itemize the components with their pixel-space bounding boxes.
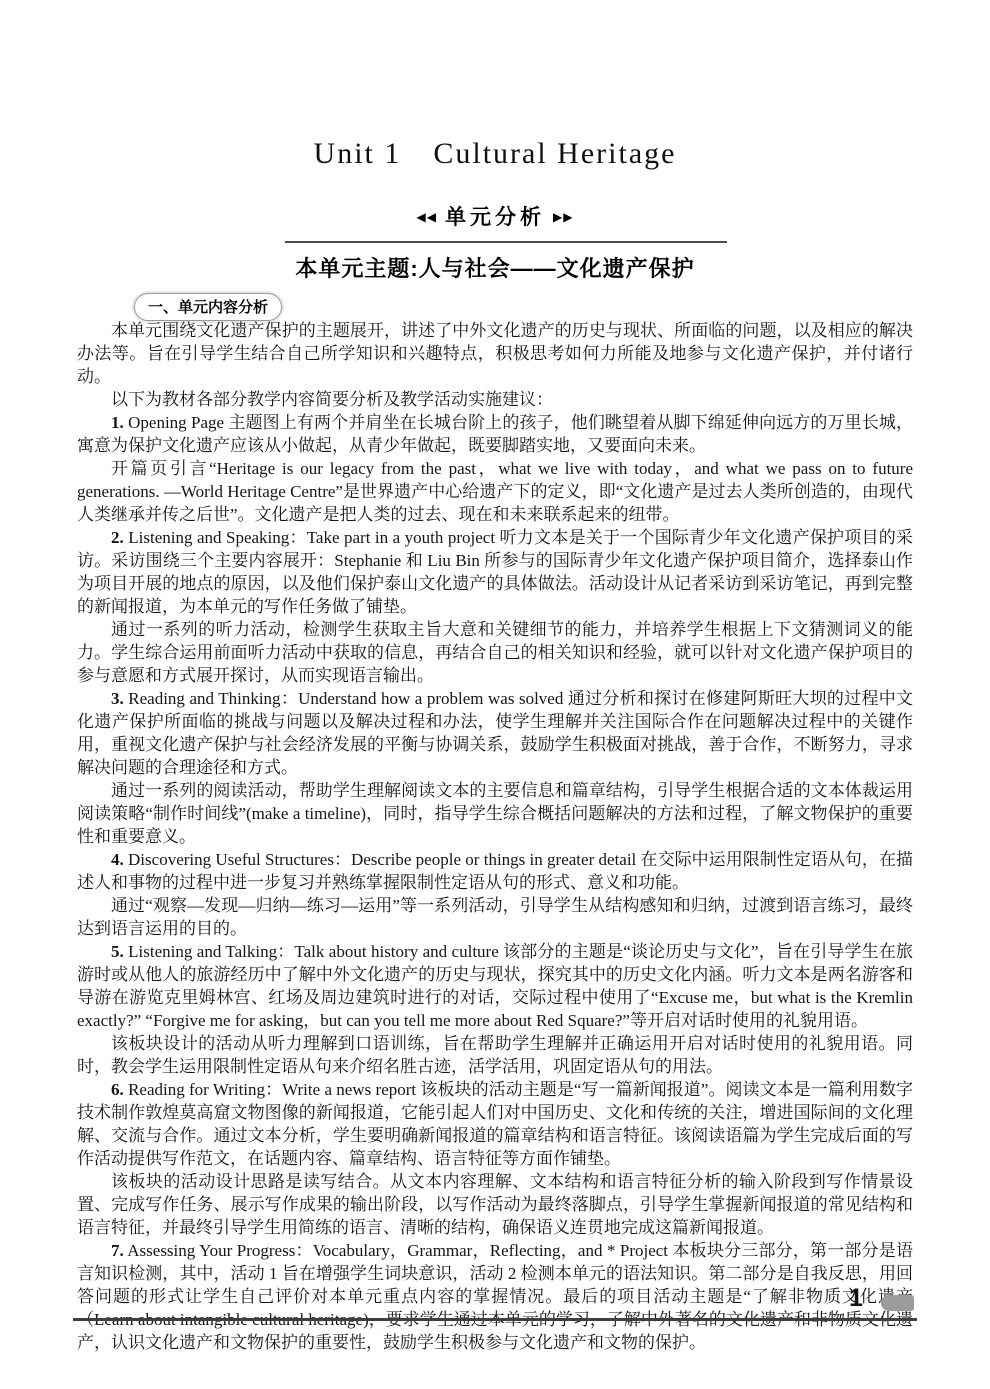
paragraph: 1. Opening Page 主题图上有两个并肩坐在长城台阶上的孩子，他们眺望…	[77, 411, 913, 457]
content-paragraphs: 本单元围绕文化遗产保护的主题展开，讲述了中外文化遗产的历史与现状、所面临的问题，…	[77, 319, 913, 1354]
paragraph: 5. Listening and Talking：Talk about hist…	[77, 940, 913, 1032]
paragraph-text: 开篇页引言“Heritage is our legacy from the pa…	[77, 459, 913, 524]
paragraph-text: 通过一系列的阅读活动，帮助学生理解阅读文本的主要信息和篇章结构，引导学生根据合适…	[77, 781, 913, 846]
paragraph-text: Discovering Useful Structures：Describe p…	[77, 850, 913, 892]
paragraph-number: 5.	[111, 942, 124, 961]
paragraph-number: 3.	[111, 689, 124, 708]
paragraph: 该板块的活动设计思路是读写结合。从文本内容理解、文本结构和语言特征分析的输入阶段…	[77, 1170, 913, 1239]
paragraph-text: Listening and Speaking：Take part in a yo…	[77, 528, 913, 616]
banner-underline	[285, 241, 727, 243]
paragraph-text: Assessing Your Progress：Vocabulary，Gramm…	[77, 1241, 913, 1352]
unit-theme-line: 本单元主题:人与社会——文化遗产保护	[0, 252, 990, 283]
section-label-pill: 一、单元内容分析	[134, 293, 282, 321]
paragraph: 通过一系列的听力活动，检测学生获取主旨大意和关键细节的能力，并培养学生根据上下文…	[77, 618, 913, 687]
page-number: 1	[849, 1284, 863, 1313]
paragraph-number: 6.	[111, 1080, 124, 1099]
paragraph-text: 通过“观察—发现—归纳—练习—运用”等一系列活动，引导学生从结构感知和归纳，过渡…	[77, 896, 913, 938]
paragraph-number: 4.	[111, 850, 124, 869]
paragraph: 2. Listening and Speaking：Take part in a…	[77, 526, 913, 618]
textbook-page: Unit 1 Cultural Heritage ◀◀单元分析▶▶ 本单元主题:…	[0, 0, 990, 1389]
paragraph-text: 以下为教材各部分教学内容简要分析及教学活动实施建议：	[111, 390, 553, 409]
paragraph: 通过一系列的阅读活动，帮助学生理解阅读文本的主要信息和篇章结构，引导学生根据合适…	[77, 779, 913, 848]
paragraph: 7. Assessing Your Progress：Vocabulary，Gr…	[77, 1239, 913, 1354]
paragraph-number: 1.	[111, 413, 124, 432]
paragraph: 4. Discovering Useful Structures：Describ…	[77, 848, 913, 894]
banner-title: 单元分析	[445, 206, 545, 229]
footer-tab-marker	[881, 1295, 914, 1311]
paragraph-text: Opening Page 主题图上有两个并肩坐在长城台阶上的孩子，他们眺望着从脚…	[77, 413, 913, 455]
paragraph-text: Reading for Writing：Write a news report …	[77, 1080, 913, 1168]
section-banner: ◀◀单元分析▶▶	[0, 201, 990, 231]
paragraph: 6. Reading for Writing：Write a news repo…	[77, 1078, 913, 1170]
paragraph: 开篇页引言“Heritage is our legacy from the pa…	[77, 457, 913, 526]
paragraph-text: 本单元围绕文化遗产保护的主题展开，讲述了中外文化遗产的历史与现状、所面临的问题，…	[77, 321, 913, 386]
footer-rule	[73, 1318, 917, 1321]
paragraph-number: 2.	[111, 528, 124, 547]
paragraph: 本单元围绕文化遗产保护的主题展开，讲述了中外文化遗产的历史与现状、所面临的问题，…	[77, 319, 913, 388]
paragraph: 通过“观察—发现—归纳—练习—运用”等一系列活动，引导学生从结构感知和归纳，过渡…	[77, 894, 913, 940]
double-left-arrows-icon: ◀◀	[417, 210, 437, 224]
paragraph-text: Reading and Thinking：Understand how a pr…	[77, 689, 913, 777]
paragraph-text: Listening and Talking：Talk about history…	[77, 942, 913, 1030]
unit-title: Unit 1 Cultural Heritage	[0, 128, 990, 172]
paragraph-text: 该板块设计的活动从听力理解到口语训练，旨在帮助学生理解并正确运用开启对话时使用的…	[77, 1034, 913, 1076]
paragraph: 以下为教材各部分教学内容简要分析及教学活动实施建议：	[77, 388, 913, 411]
paragraph: 3. Reading and Thinking：Understand how a…	[77, 687, 913, 779]
paragraph: 该板块设计的活动从听力理解到口语训练，旨在帮助学生理解并正确运用开启对话时使用的…	[77, 1032, 913, 1078]
paragraph-number: 7.	[111, 1241, 124, 1260]
double-right-arrows-icon: ▶▶	[553, 210, 573, 224]
paragraph-text: 通过一系列的听力活动，检测学生获取主旨大意和关键细节的能力，并培养学生根据上下文…	[77, 620, 913, 685]
paragraph-text: 该板块的活动设计思路是读写结合。从文本内容理解、文本结构和语言特征分析的输入阶段…	[77, 1172, 913, 1237]
